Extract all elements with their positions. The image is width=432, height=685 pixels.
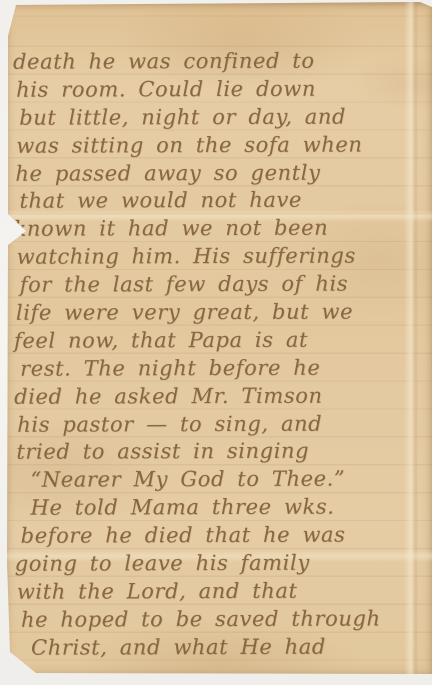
letter-line: he passed away so gently [15,159,425,188]
letter-line: known it had we not been [14,215,426,244]
letter-line: but little, night or day, and [19,103,425,132]
letter-line: his pastor — to sing, and [17,410,426,439]
letter-line: Christ, and what He had [31,633,427,662]
letter-line: with the Lord, and that [17,577,427,606]
letter-line: going to leave his family [15,549,427,578]
letter-line: before he died that he was [21,521,427,550]
letter-line: died he asked Mr. Timson [14,382,426,411]
letter-line: feel now, that Papa is at [14,326,426,355]
letter-line: he hoped to be saved through [21,605,427,634]
letter-line: was sitting on the sofa when [16,131,425,160]
letter-line: his room. Could lie down [16,75,425,104]
letter-line: He told Mama three wks. [30,494,426,523]
letter-paper: death he was confined tohis room. Could … [6,2,432,674]
letter-line: watching him. His sufferings [17,243,426,272]
letter-line: death he was confined to [13,47,425,76]
letter-text: death he was confined tohis room. Could … [13,47,427,662]
letter-scan: death he was confined tohis room. Could … [0,0,432,685]
letter-line: that we would not have [19,187,425,216]
letter-line: rest. The night before he [20,354,426,383]
letter-line: tried to assist in singing [16,438,426,467]
letter-line: for the last few days of his [20,270,426,299]
letter-line: “Nearer My God to Thee.” [30,466,426,495]
letter-line: life were very great, but we [16,298,426,327]
